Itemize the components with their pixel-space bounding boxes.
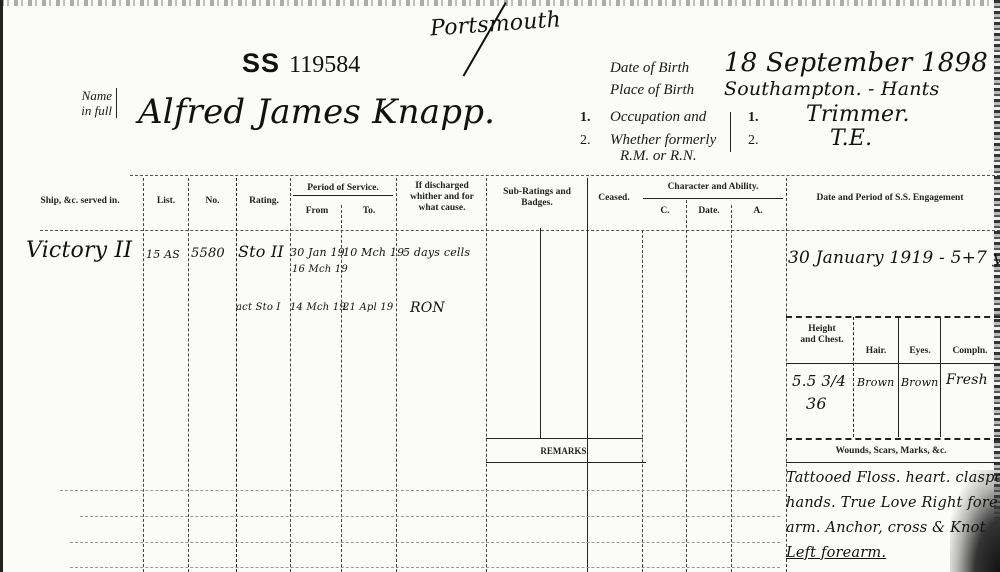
dob-value: 18 September 1898 [724,48,988,78]
col-divider [236,178,237,572]
col-header-c: C. [644,206,686,217]
remarks-top-rule [486,438,643,439]
cell-ship: Victory II [26,238,132,263]
col-divider [642,230,643,572]
engagement-value: 30 January 1919 - 5+7 years [788,248,1000,268]
col-header-a: A. [733,206,783,217]
wounds-line: Left forearm. [786,541,1000,566]
faint-rule [80,516,780,517]
name-label-line2: in full [66,103,112,118]
table-header-bottom-rule [40,230,1000,231]
faint-rule [60,490,780,491]
col-header-period: Period of Service. [292,183,394,194]
cell-to: 10 Mch 19 [343,246,404,259]
cell-no: 5580 [191,246,225,261]
name-label-line1: Name [66,88,112,103]
cell-from-note: 16 Mch 19 [292,264,348,275]
remarks-label: REMARKS. [486,446,643,457]
cell-rating: act Sto I [236,302,281,313]
desc-header-hair: Hair. [855,346,897,357]
official-number: SS 119584 [242,48,360,79]
col-header-no: No. [190,196,235,207]
col-divider [587,178,588,572]
hair-value: Brown [857,376,894,389]
col-header-subratings: Sub-Ratings and Badges. [492,187,582,209]
pob-label: Place of Birth [610,82,694,99]
col-divider [540,228,541,438]
col-header-from: From [292,206,342,217]
pob-value: Southampton. - Hants [724,78,939,100]
wounds-text: Tattooed Floss. heart. clasped hands. Tr… [786,466,1000,566]
col-header-engagement: Date and Period of S.S. Engagement [790,193,990,204]
port-annotation: Portsmouth [429,7,562,41]
desc-header-height: Height and Chest. [800,324,844,346]
col-header-character: Character and Ability. [643,182,783,193]
occupation-value: Trimmer. [806,102,910,127]
col-divider [143,178,144,572]
former-label-line1: Whether formerly [610,132,716,148]
col-header-discharged: If discharged whither and for what cause… [405,181,479,214]
official-number-prefix: SS [242,48,280,78]
desc-header-eyes: Eyes. [900,346,940,357]
official-number-value: 119584 [289,52,360,78]
remarks-bottom-rule [486,462,646,463]
col-header-ship: Ship, &c. served in. [20,196,140,207]
answer-num-2: 2. [748,133,759,149]
wounds-label: Wounds, Scars, Marks, &c. [786,446,996,457]
page-top-edge [0,0,1000,6]
wounds-top-rule [786,438,1000,440]
desc-header-rule [786,363,1000,364]
eyes-value: Brown [901,376,938,389]
cell-from: 30 Jan 19 [290,246,345,259]
complexion-value: Fresh [946,372,988,388]
col-divider [290,178,291,572]
desc-top-rule [786,316,1000,318]
col-header-ceased: Ceased. [590,193,638,204]
desc-header-complexion: Compln. [942,346,998,357]
cell-from: 14 Mch 19 [290,302,346,313]
height-value: 5.5 3/4 [792,372,846,390]
wounds-line: hands. True Love Right fore [786,491,1000,516]
col-header-to: To. [343,206,395,217]
former-num: 2. [580,133,591,149]
cell-rating: Sto II [238,242,284,261]
name-label: Name in full [66,88,117,118]
character-underline [643,198,783,199]
col-header-list: List. [145,196,187,207]
occupation-num: 1. [580,110,591,126]
desc-divider [853,317,854,437]
name-value: Alfred James Knapp. [138,92,495,132]
col-header-rating: Rating. [238,196,290,207]
occupation-label: Occupation and [610,109,706,126]
col-divider [486,178,487,572]
chest-value: 36 [806,394,827,413]
former-label: Whether formerly R.M. or R.N. [610,132,716,164]
cell-list: 15 AS [146,248,180,261]
cell-discharged: RON [410,300,445,316]
brace [730,112,737,152]
period-underline [293,195,393,196]
wounds-header-rule [786,462,1000,463]
wounds-line: arm. Anchor, cross & Knot [786,516,1000,541]
desc-divider [898,317,899,437]
col-header-date: Date. [688,206,730,217]
answer-num-1: 1. [748,110,759,126]
faint-rule [70,567,780,568]
desc-divider [940,317,941,437]
wounds-line: Tattooed Floss. heart. clasped [786,466,1000,491]
col-divider [188,178,189,572]
faint-rule [70,542,780,543]
col-divider [396,178,397,572]
former-value: T.E. [830,126,872,151]
cell-to: 21 Apl 19 [343,302,393,313]
dob-label: Date of Birth [610,60,689,77]
former-label-line2: R.M. or R.N. [610,148,716,164]
cell-discharged: 5 days cells [403,246,470,259]
table-top-rule [130,175,1000,176]
page-left-edge [0,0,3,572]
